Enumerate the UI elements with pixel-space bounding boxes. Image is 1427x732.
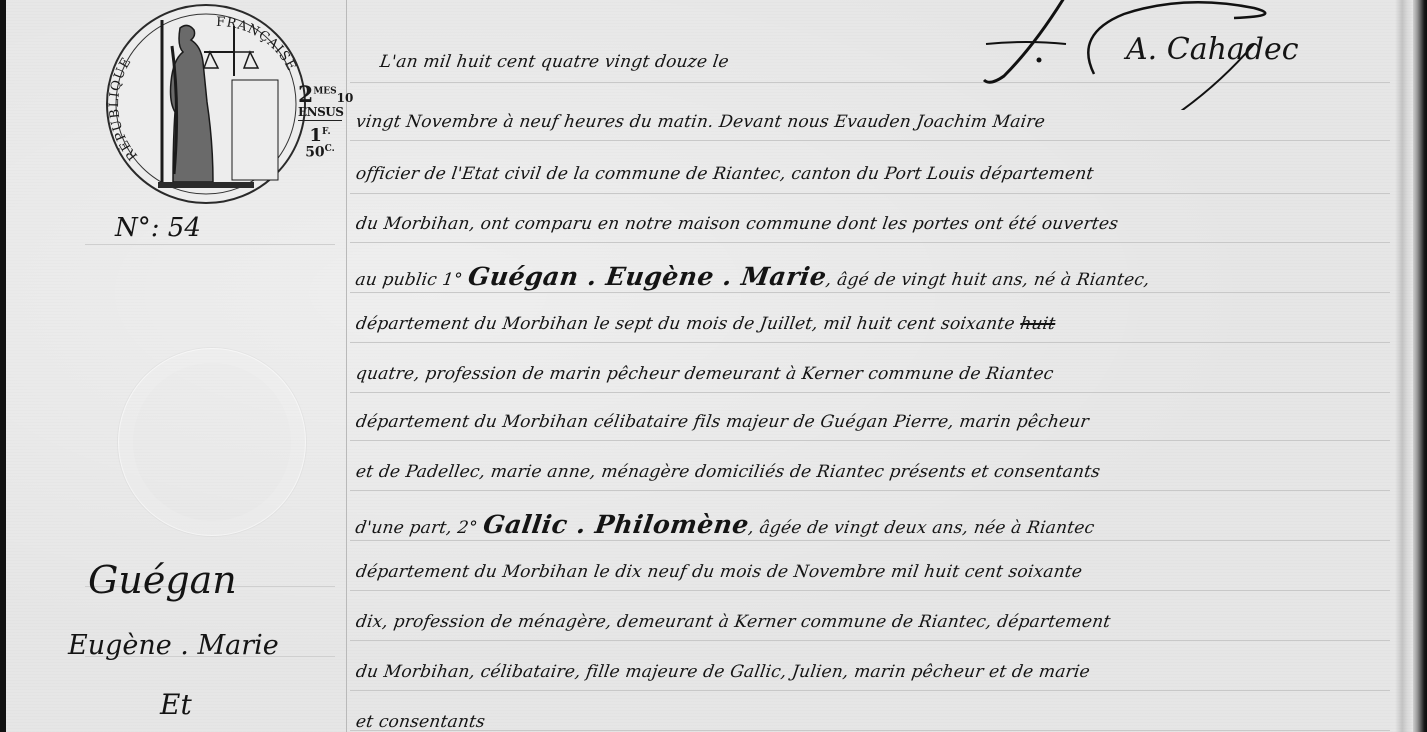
act-number: N°: 54	[115, 213, 201, 243]
act-line-12: dix, profession de ménagère, demeurant à…	[355, 612, 1112, 632]
stamp-census-label: ENSUS	[298, 106, 342, 121]
act-line-8: département du Morbihan célibataire fils…	[355, 412, 1091, 432]
act-line-13: du Morbihan, célibataire, fille majeure …	[355, 662, 1092, 682]
ruled-line	[350, 490, 1390, 491]
act-line-6: département du Morbihan le sept du mois …	[355, 314, 1057, 334]
act-line-4: du Morbihan, ont comparu en notre maison…	[355, 214, 1120, 234]
stamp-text-republique: RÉPUBLIQUE	[108, 55, 141, 163]
bride-name: Gallic . Philomène	[481, 510, 751, 539]
svg-text:FRANÇAISE: FRANÇAISE	[216, 15, 299, 74]
binding-shadow	[1395, 0, 1413, 732]
act-line-1: L'an mil huit cent quatre vingt douze le	[379, 52, 730, 72]
margin-rule	[346, 0, 347, 732]
svg-text:RÉPUBLIQUE: RÉPUBLIQUE	[108, 55, 141, 163]
ruled-line	[350, 242, 1390, 243]
groom-name: Guégan . Eugène . Marie	[466, 262, 828, 291]
act-line-9: et de Padellec, marie anne, ménagère dom…	[355, 462, 1102, 482]
ruled-line	[350, 193, 1390, 194]
act-line-10: d'une part, 2° Gallic . Philomène, âgée …	[354, 510, 1097, 539]
ruled-line	[350, 640, 1390, 641]
register-page: RÉPUBLIQUE FRANÇAISE 2MES10 ENSUS 1F. 50…	[0, 0, 1427, 732]
act-line-7: quatre, profession de marin pêcheur deme…	[355, 364, 1055, 384]
ruled-line	[350, 730, 1390, 731]
struck-word: huit	[1019, 314, 1057, 334]
stamp-text-francaise: FRANÇAISE	[216, 15, 299, 74]
ruled-line	[350, 540, 1390, 541]
stamp-value-panel: 2MES10 ENSUS 1F. 50C.	[298, 84, 342, 160]
act-line-14-partial: et consentants	[355, 712, 487, 732]
marianne-figure-icon: RÉPUBLIQUE FRANÇAISE	[108, 6, 304, 202]
ruled-line	[350, 392, 1390, 393]
act-line-5: au public 1° Guégan . Eugène . Marie, âg…	[354, 262, 1152, 291]
act-line-3: officier de l'Etat civil de la commune d…	[355, 164, 1095, 184]
signature-text: A. Cahadec	[1126, 32, 1299, 67]
margin-conjunction: Et	[160, 688, 192, 721]
ruled-line	[350, 140, 1390, 141]
fiscal-stamp: RÉPUBLIQUE FRANÇAISE 2MES10 ENSUS 1F. 50…	[106, 4, 306, 204]
embossed-dry-seal	[118, 348, 306, 536]
ruled-line	[350, 292, 1390, 293]
right-binding-edge	[1413, 0, 1427, 732]
ruled-line	[350, 342, 1390, 343]
ruled-line	[350, 690, 1390, 691]
left-page-edge	[0, 0, 6, 732]
act-line-11: département du Morbihan le dix neuf du m…	[355, 562, 1084, 582]
margin-groom-surname: Guégan	[88, 558, 237, 602]
act-line-2: vingt Novembre à neuf heures du matin. D…	[355, 112, 1047, 132]
margin-groom-given-names: Eugène . Marie	[68, 630, 279, 661]
ruled-line	[350, 440, 1390, 441]
ruled-line	[350, 590, 1390, 591]
margin-ruled-line	[85, 244, 335, 245]
mayor-signature: A. Cahadec	[944, 0, 1324, 110]
